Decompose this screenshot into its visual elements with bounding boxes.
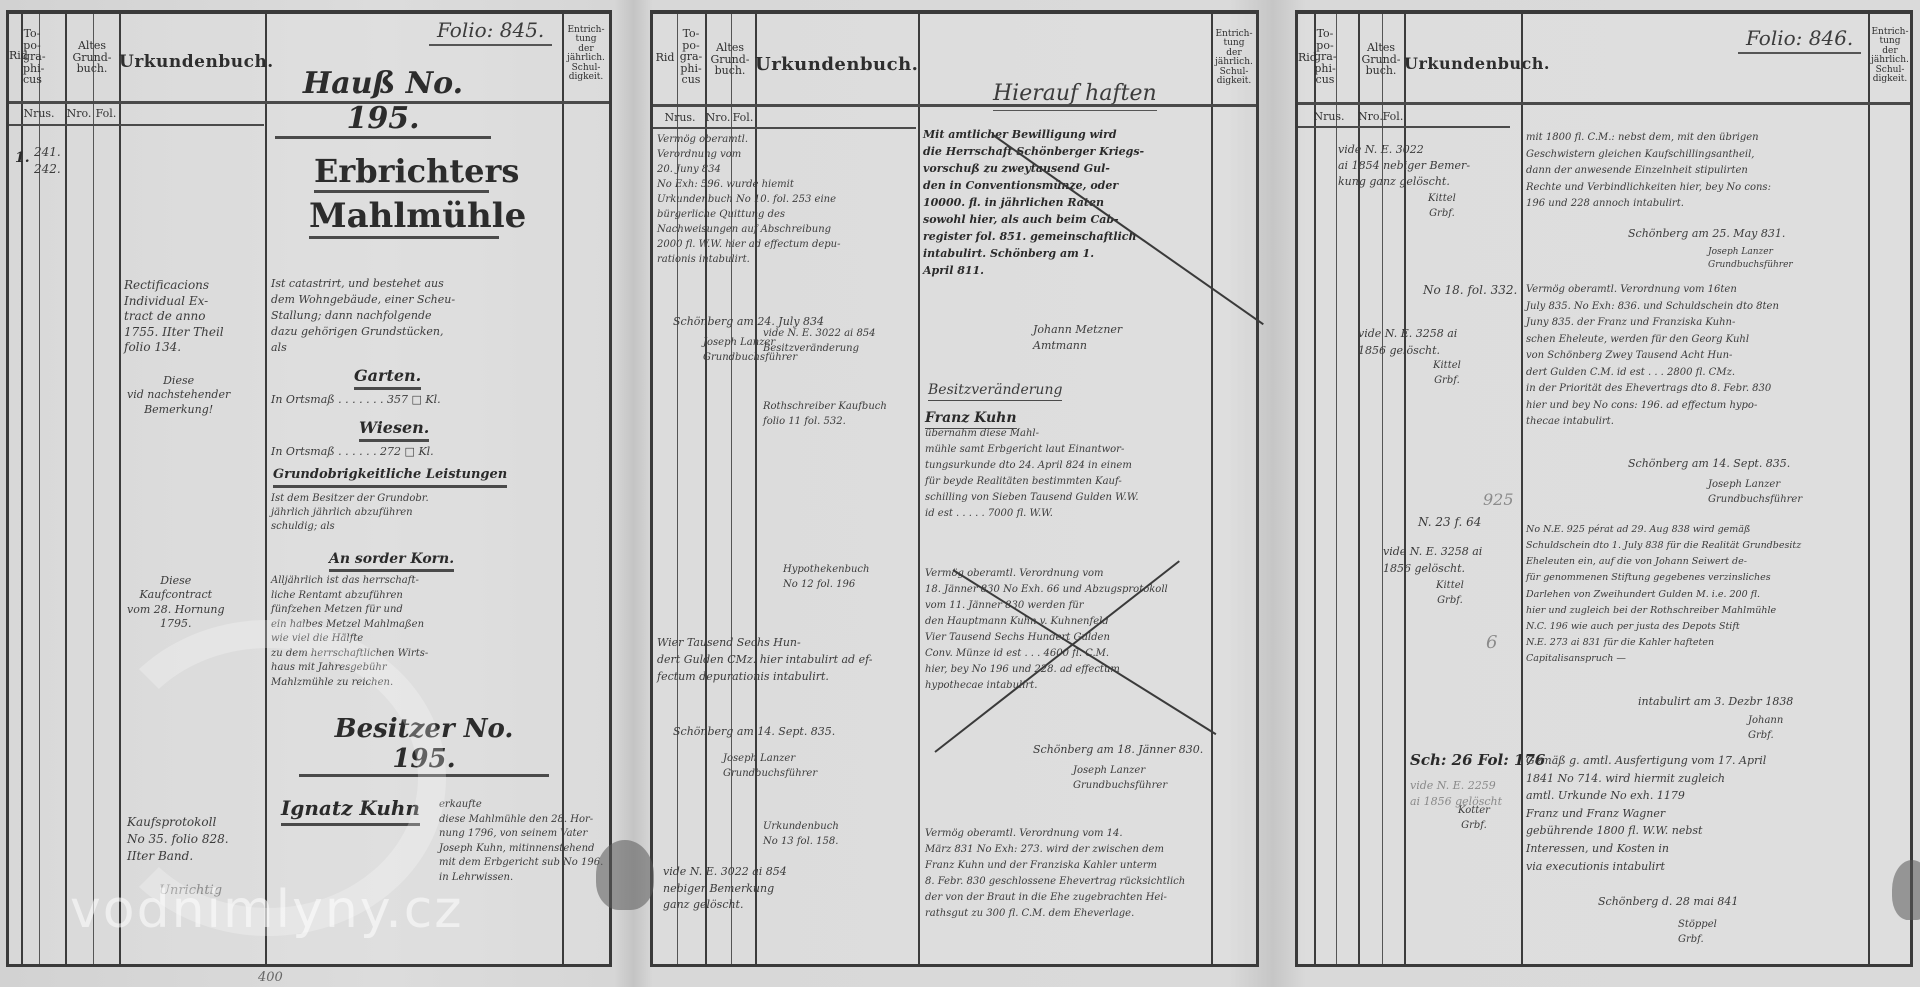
dated-line: Schönberg am 25. May 831. [1628,226,1785,242]
header-altes-grundbuch: Altes Grund- buch. [1358,42,1404,77]
signature: Johann Metzner Amtmann [1033,322,1122,354]
signature: Joseph Lanzer Grundbuchsführer [1708,478,1802,507]
margin-note: vide N. E. 3022 ai 854 Besitzveränderung [763,326,876,356]
left-entry: Hypothekenbuch No 12 fol. 196 [783,562,869,592]
column-divider [93,14,94,964]
column-divider [65,14,67,964]
header-fol: Fol. [1382,110,1404,123]
header-entrichtung: Entrich- tung der jährlich. Schul- digke… [564,26,608,83]
besitz-heading: Besitzveränderung [928,380,1062,401]
left-entry: Rothschreiber Kaufbuch folio 11 fol. 532… [763,399,887,429]
header-urkundenbuch: Urkundenbuch. [119,54,265,72]
entry-hauptmann: Vermög oberamtl. Verordnung vom 18. Jänn… [925,566,1210,694]
signature-left: Kittel Grbf. [1436,579,1464,608]
column-divider [1211,14,1213,964]
header-fol: Fol. [93,107,119,120]
signature: Joseph Lanzer Grundbuchsführer [723,752,817,781]
nrus-values: 241. 242. [34,144,61,179]
subheader-rule [9,124,264,126]
header-altes-grundbuch: Altes Grund- buch. [65,40,119,75]
header-urkundenbuch: Urkundenbuch. [755,56,918,75]
subtitle-erbrichters: Erbrichters [314,152,489,193]
header-nro: Nro. [1358,110,1382,123]
entry-georg-kuhl: Vermög oberamtl. Verordnung vom 16ten Ju… [1526,282,1866,431]
dated-line: Schönberg d. 28 mai 841 [1598,894,1738,910]
left-entry: Urkundenbuch No 13 fol. 158. [763,819,839,849]
signature: Johann Grbf. [1748,714,1783,743]
left-entry: Vermög oberamtl. Verordnung vom 20. Juny… [657,132,915,267]
wiesen-line: In Ortsmaß . . . . . . 272 □ Kl. [271,444,434,460]
left-entry-faint: 6 [1486,630,1497,656]
middle-heading: Hierauf haften [993,78,1157,111]
folio-number: Folio: 846. [1738,26,1861,54]
left-entry: N. 23 f. 64 [1418,514,1481,531]
left-entry: vide N. E. 3258 ai 1856 gelöscht. [1383,544,1482,577]
header-topographicus: To- po- gra- phi- cus [1314,28,1336,86]
grund-text: Ist dem Besitzer der Grundobr. jährlich … [271,492,561,534]
header-entrichtung: Entrich- tung der jährlich. Schul- digke… [1870,28,1910,85]
header-rule [653,104,1256,107]
urkunden-entry: Diese vid nachstehender Bemerkung! [127,374,230,417]
signature: Joseph Lanzer Grundbuchsführer [1073,764,1167,793]
header-nrus: Nrus. [1304,110,1354,123]
subheader-rule [1298,126,1510,128]
header-nrus: Nrus. [657,111,703,124]
header-topographicus: To- po- gra- phi- cus [677,28,705,86]
property-description: Ist catastrirt, und bestehet aus dem Woh… [271,276,561,356]
left-entry: No 18. fol. 332. [1423,282,1517,299]
korn-heading: An sorder Korn. [329,549,454,572]
signature-left: Kittel Grbf. [1428,192,1456,221]
header-rid: Rid [9,50,23,62]
header-altes-grundbuch: Altes Grund- buch. [705,42,755,77]
garten-heading: Garten. [354,364,421,390]
dated-line: Schönberg am 14. Sept. 835. [673,724,835,740]
urkunden-entry: Diese Kaufcontract vom 28. Hornung 1795. [127,574,225,631]
bottom-page-number: 400 [258,970,283,985]
header-fol: Fol. [731,111,755,124]
wiesen-heading: Wiesen. [359,416,429,442]
entry-ehevertrag: Vermög oberamtl. Verordnung vom 14. März… [925,826,1210,922]
column-divider [1868,14,1870,964]
header-entrichtung: Entrich- tung der jährlich. Schul- digke… [1213,30,1255,87]
left-entry: vide N. E. 3022 ai 1854 nebiger Bemer- k… [1338,142,1470,190]
garten-line: In Ortsmaß . . . . . . . 357 □ Kl. [271,392,441,408]
header-rule [1298,102,1910,105]
entry-wagner: Gemäß g. amtl. Ausfertigung vom 17. Apri… [1526,752,1866,875]
header-topographicus: To- po- gra- phi- cus [23,28,41,86]
column-divider [918,14,920,964]
header-nrus: Nrus. [15,107,63,120]
owner-text-lead: erkaufte diese Mahlmühle den 28. Hor- nu… [439,798,603,885]
signature: Stöppel Grbf. [1678,918,1717,947]
column-divider [1336,14,1337,964]
scanner-finger-artifact [1892,860,1920,920]
entry-kaufschilling: mit 1800 fl. C.M.: nebst dem, mit den üb… [1526,130,1866,213]
subheader-rule [653,127,916,129]
left-entry-faint: 925 [1483,488,1514,511]
right-ledger-page: Rid To- po- gra- phi- cus Altes Grund- b… [1295,10,1913,967]
entry-franz-kuhn: übernahm diese Mahl- mühle samt Erbgeric… [925,426,1210,522]
scanner-finger-artifact [596,840,654,910]
dated-line: intabulirt am 3. Dezbr 1838 [1638,694,1793,710]
signature-left: Kotter Grbf. [1458,804,1490,833]
left-entry: vide N. E. 3022 ai 854 nebiger Bemerkung… [663,864,787,914]
watermark-text: vodnimlyny.cz [70,880,464,940]
folio-number: Folio: 845. [429,18,552,46]
header-rid: Rid [653,52,677,64]
middle-ledger-page: Rid To- po- gra- phi- cus Altes Grund- b… [650,10,1259,967]
dated-line: Schönberg am 18. Jänner 830. [1033,742,1203,758]
house-title: Hauß No. 195. [275,66,491,139]
header-nro: Nro. [65,107,93,120]
subtitle-mahlmuehle: Mahlmühle [309,196,499,239]
header-nro: Nro. [705,111,731,124]
side-note: Wier Tausend Sechs Hun- dert Gulden CMz.… [657,634,915,685]
left-entry: vide N. E. 3258 ai 1856 gelöscht. [1358,326,1457,359]
column-divider [1314,14,1316,964]
header-rid: Rid [1298,52,1314,64]
header-urkundenbuch: Urkundenbuch. [1404,56,1521,73]
dated-line: Schönberg am 14. Sept. 835. [1628,456,1790,472]
entry-darlehen: No N.E. 925 pérat ad 29. Aug 838 wird ge… [1526,522,1866,667]
row-number: 1. [15,148,30,168]
signature-left: Kittel Grbf. [1433,359,1461,388]
column-divider [1521,14,1523,964]
grund-heading: Grundobrigkeitliche Leistungen [273,466,507,488]
signature: Joseph Lanzer Grundbuchsführer [1708,246,1793,272]
urkunden-entry: Rectificacions Individual Ex- tract de a… [124,278,224,356]
